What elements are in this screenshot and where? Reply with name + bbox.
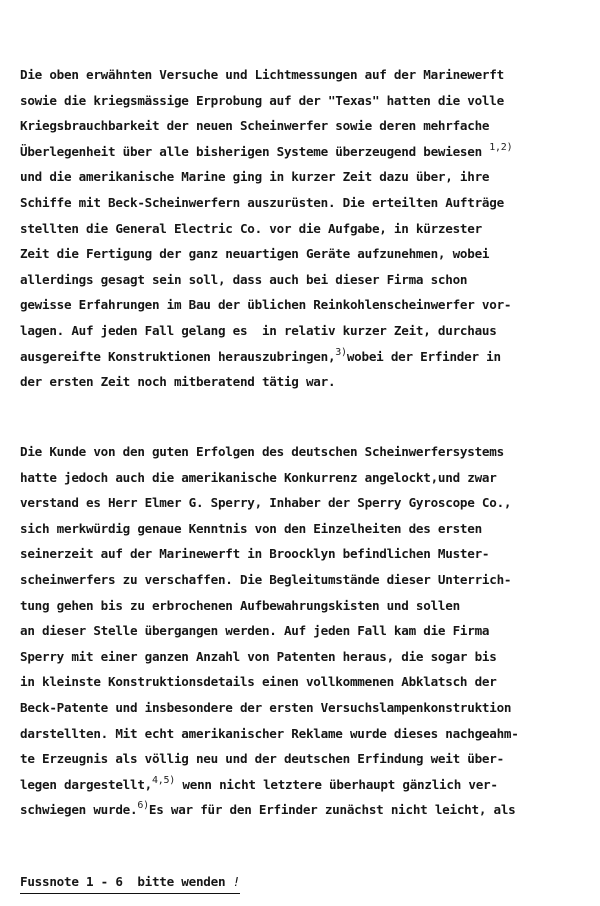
text-line: sich merkwürdig genaue Kenntnis von den … xyxy=(20,516,595,542)
text-line: hatte jedoch auch die amerikanische Konk… xyxy=(20,465,595,491)
text-line: lagen. Auf jeden Fall gelang es in relat… xyxy=(20,318,595,344)
footnote-notice-text: Fussnote 1 - 6 bitte wenden xyxy=(20,874,225,889)
text-line: in kleinste Konstruktionsdetails einen v… xyxy=(20,669,595,695)
text-segment: Es war für den Erfinder zunächst nicht l… xyxy=(149,802,516,817)
text-line: der ersten Zeit noch mitberatend tätig w… xyxy=(20,369,595,395)
text-line: Schiffe mit Beck-Scheinwerfern auszurüst… xyxy=(20,190,595,216)
paragraph-2: Die Kunde von den guten Erfolgen des deu… xyxy=(20,439,595,823)
text-line: Sperry mit einer ganzen Anzahl von Paten… xyxy=(20,644,595,670)
exclamation-mark: ! xyxy=(233,874,240,889)
footnote-notice: Fussnote 1 - 6 bitte wenden ! xyxy=(20,872,240,894)
footnote-ref: 4,5) xyxy=(152,775,175,786)
text-line: ausgereifte Konstruktionen herauszubring… xyxy=(20,344,595,370)
text-line: stellten die General Electric Co. vor di… xyxy=(20,216,595,242)
text-segment: ausgereifte Konstruktionen herauszubring… xyxy=(20,349,335,364)
text-line: verstand es Herr Elmer G. Sperry, Inhabe… xyxy=(20,490,595,516)
text-line: darstellten. Mit echt amerikanischer Rek… xyxy=(20,721,595,747)
footnote-ref: 6) xyxy=(137,800,149,811)
text-line: scheinwerfers zu verschaffen. Die Beglei… xyxy=(20,567,595,593)
text-line: legen dargestellt,4,5) wenn nicht letzte… xyxy=(20,772,595,798)
text-line: gewisse Erfahrungen im Bau der üblichen … xyxy=(20,292,595,318)
text-line: Überlegenheit über alle bisherigen Syste… xyxy=(20,139,595,165)
paragraph-1: Die oben erwähnten Versuche und Lichtmes… xyxy=(20,62,595,395)
text-line: seinerzeit auf der Marinewerft in Broock… xyxy=(20,541,595,567)
text-line: allerdings gesagt sein soll, dass auch b… xyxy=(20,267,595,293)
text-line: Kriegsbrauchbarkeit der neuen Scheinwerf… xyxy=(20,113,595,139)
text-line: sowie die kriegsmässige Erprobung auf de… xyxy=(20,88,595,114)
text-line: te Erzeugnis als völlig neu und der deut… xyxy=(20,746,595,772)
text-segment: wobei der Erfinder in xyxy=(347,349,501,364)
footnote-ref: 3) xyxy=(335,347,347,358)
text-line: Zeit die Fertigung der ganz neuartigen G… xyxy=(20,241,595,267)
text-line: und die amerikanische Marine ging in kur… xyxy=(20,164,595,190)
footnote-ref: 1,2) xyxy=(489,142,512,153)
text-segment: Überlegenheit über alle bisherigen Syste… xyxy=(20,144,482,159)
text-line: schwiegen wurde.6)Es war für den Erfinde… xyxy=(20,797,595,823)
text-line: Die oben erwähnten Versuche und Lichtmes… xyxy=(20,62,595,88)
text-line: tung gehen bis zu erbrochenen Aufbewahru… xyxy=(20,593,595,619)
text-line: an dieser Stelle übergangen werden. Auf … xyxy=(20,618,595,644)
text-line: Beck-Patente und insbesondere der ersten… xyxy=(20,695,595,721)
text-segment: legen dargestellt, xyxy=(20,777,152,792)
typewritten-page: Die oben erwähnten Versuche und Lichtmes… xyxy=(0,0,600,906)
text-segment: wenn nicht letztere überhaupt gänzlich v… xyxy=(175,777,498,792)
text-segment: schwiegen wurde. xyxy=(20,802,137,817)
text-line: Die Kunde von den guten Erfolgen des deu… xyxy=(20,439,595,465)
